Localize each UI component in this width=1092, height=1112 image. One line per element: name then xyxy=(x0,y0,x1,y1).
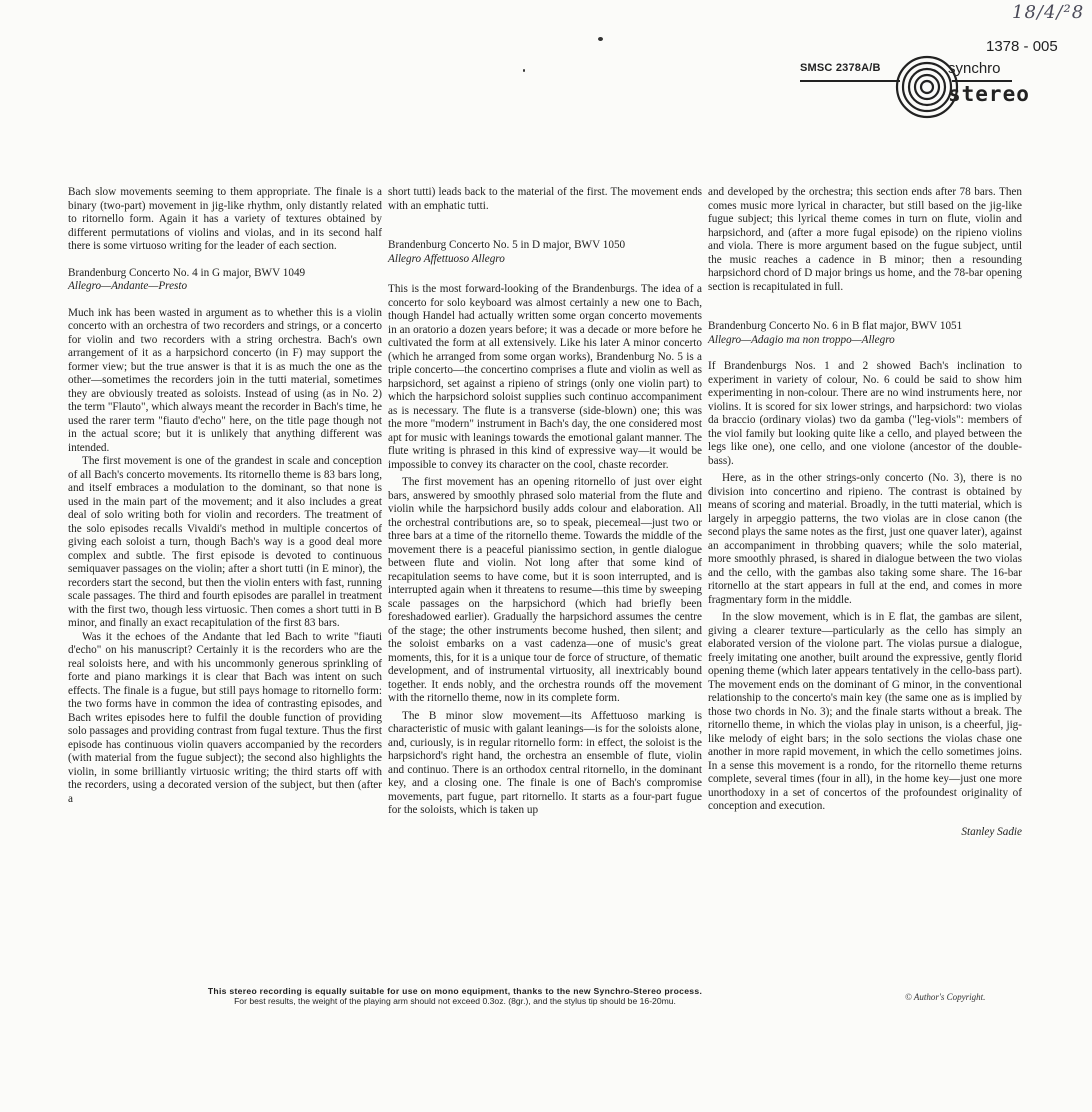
playback-notice: This stereo recording is equally suitabl… xyxy=(150,986,760,1006)
paragraph: Much ink has been wasted in argument as … xyxy=(68,307,382,456)
concerto-5-heading: Brandenburg Concerto No. 5 in D major, B… xyxy=(388,239,702,253)
paragraph: In the slow movement, which is in E flat… xyxy=(708,611,1022,814)
brand-synchro: synchro xyxy=(948,60,1001,77)
column-2: short tutti) leads back to the material … xyxy=(388,186,702,818)
paragraph: If Brandenburgs Nos. 1 and 2 showed Bach… xyxy=(708,360,1022,468)
print-speck xyxy=(523,69,525,72)
logo-rule-left xyxy=(800,80,900,82)
notice-line-2: For best results, the weight of the play… xyxy=(150,996,760,1006)
concerto-6-heading: Brandenburg Concerto No. 6 in B flat maj… xyxy=(708,320,1022,334)
column-3: and developed by the orchestra; this sec… xyxy=(708,186,1022,839)
concerto-4-heading: Brandenburg Concerto No. 4 in G major, B… xyxy=(68,267,382,281)
paragraph: Bach slow movements seeming to them appr… xyxy=(68,186,382,254)
paragraph: short tutti) leads back to the material … xyxy=(388,186,702,213)
author-signature: Stanley Sadie xyxy=(708,826,1022,840)
paragraph: This is the most forward-looking of the … xyxy=(388,283,702,472)
concerto-6-tempo: Allegro—Adagio ma non troppo—Allegro xyxy=(708,334,1022,348)
paragraph: Here, as in the other strings-only conce… xyxy=(708,472,1022,607)
copyright-notice: © Author's Copyright. xyxy=(905,992,985,1002)
paragraph: The B minor slow movement—its Affettuoso… xyxy=(388,710,702,818)
paragraph: and developed by the orchestra; this sec… xyxy=(708,186,1022,294)
paragraph: The first movement has an opening ritorn… xyxy=(388,476,702,706)
handwritten-note: 18/4/²8 xyxy=(1012,2,1084,23)
catalog-number: 1378 - 005 xyxy=(986,38,1058,55)
column-1: Bach slow movements seeming to them appr… xyxy=(68,186,382,806)
concerto-4-tempo: Allegro—Andante—Presto xyxy=(68,280,382,294)
notice-line-1: This stereo recording is equally suitabl… xyxy=(150,986,760,996)
print-speck xyxy=(598,37,603,41)
label-code: SMSC 2378A/B xyxy=(800,62,881,74)
concerto-5-tempo: Allegro Affettuoso Allegro xyxy=(388,253,702,267)
brand-stereo: stereo xyxy=(948,82,1030,106)
paragraph: The first movement is one of the grandes… xyxy=(68,455,382,631)
paragraph: Was it the echoes of the Andante that le… xyxy=(68,631,382,807)
synchro-stereo-logo: SMSC 2378A/B synchro stereo xyxy=(800,54,1030,120)
